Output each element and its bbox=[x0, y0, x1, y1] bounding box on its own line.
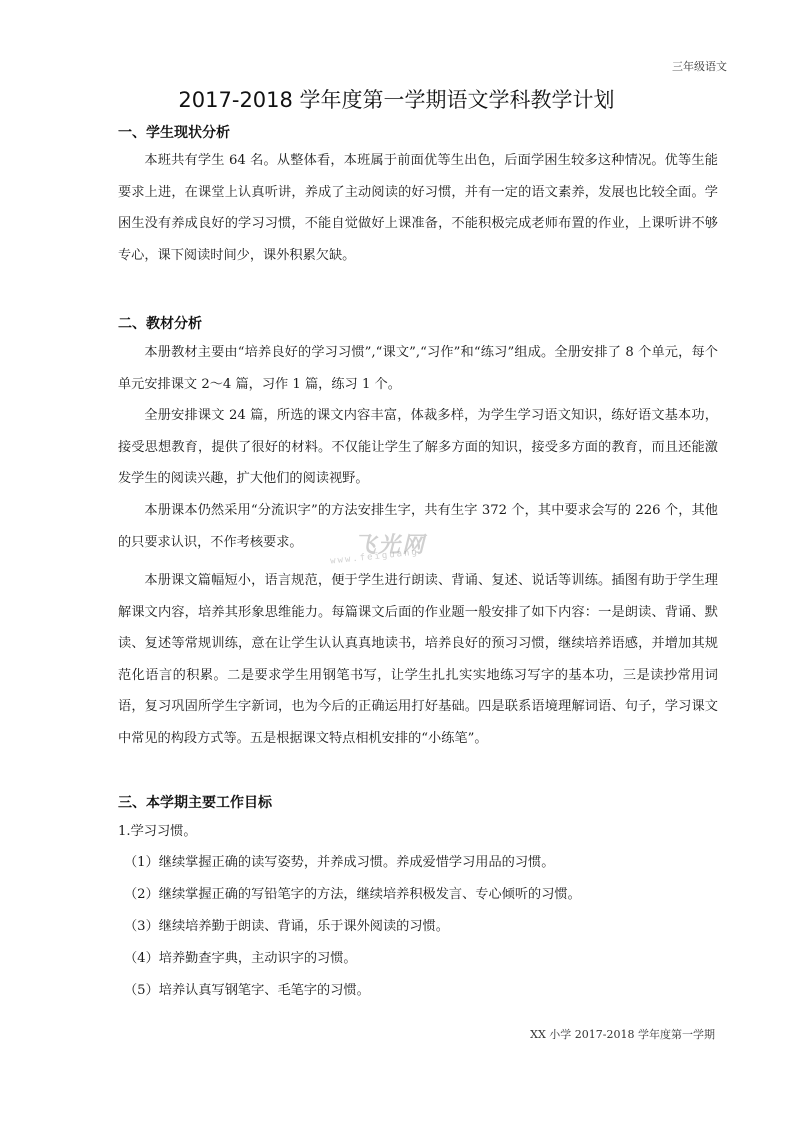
paragraph-lesson-exercises: 本册课文篇幅短小，语言规范，便于学生进行朗读、背诵、复述、说话等训练。插图有助于… bbox=[118, 565, 718, 754]
goal-sub-item-5: （5）培养认真写钢笔字、毛笔字的习惯。 bbox=[124, 981, 370, 1001]
goal-sub-item-1: （1）继续掌握正确的读写姿势，并养成习惯。养成爱惜学习用品的习惯。 bbox=[124, 853, 554, 873]
paragraph-lesson-content: 全册安排课文 24 篇，所选的课文内容丰富，体裁多样，为学生学习语文知识，练好语… bbox=[118, 400, 718, 495]
goal-sub-item-3: （3）继续培养勤于朗读、背诵，乐于课外阅读的习惯。 bbox=[124, 917, 449, 937]
paragraph-character-learning: 本册课本仍然采用“分流识字”的方法安排生字，共有生字 372 个，其中要求会写的… bbox=[118, 495, 718, 558]
goal-sub-item-4: （4）培养勤查字典，主动识字的习惯。 bbox=[124, 949, 357, 969]
section-heading-student-status: 一、学生现状分析 bbox=[118, 122, 230, 142]
page-header: 三年级语文 bbox=[672, 58, 727, 74]
paragraph-textbook-composition: 本册教材主要由“培养良好的学习习惯”,“课文”,“习作”和“练习”组成。全册安排… bbox=[118, 337, 718, 400]
section-heading-textbook-analysis: 二、教材分析 bbox=[118, 313, 202, 333]
goal-sub-item-2: （2）继续掌握正确的写铅笔字的方法，继续培养积极发言、专心倾听的习惯。 bbox=[124, 885, 581, 905]
goal-item-study-habits: 1.学习习惯。 bbox=[118, 822, 197, 842]
section-heading-semester-goals: 三、本学期主要工作目标 bbox=[118, 792, 272, 812]
paragraph-student-status: 本班共有学生 64 名。从整体看，本班属于前面优等生出色，后面学困生较多这种情况… bbox=[118, 145, 718, 271]
page-footer: XX 小学 2017-2018 学年度第一学期 bbox=[530, 1026, 715, 1042]
document-title: 2017-2018 学年度第一学期语文学科教学计划 bbox=[0, 84, 793, 114]
